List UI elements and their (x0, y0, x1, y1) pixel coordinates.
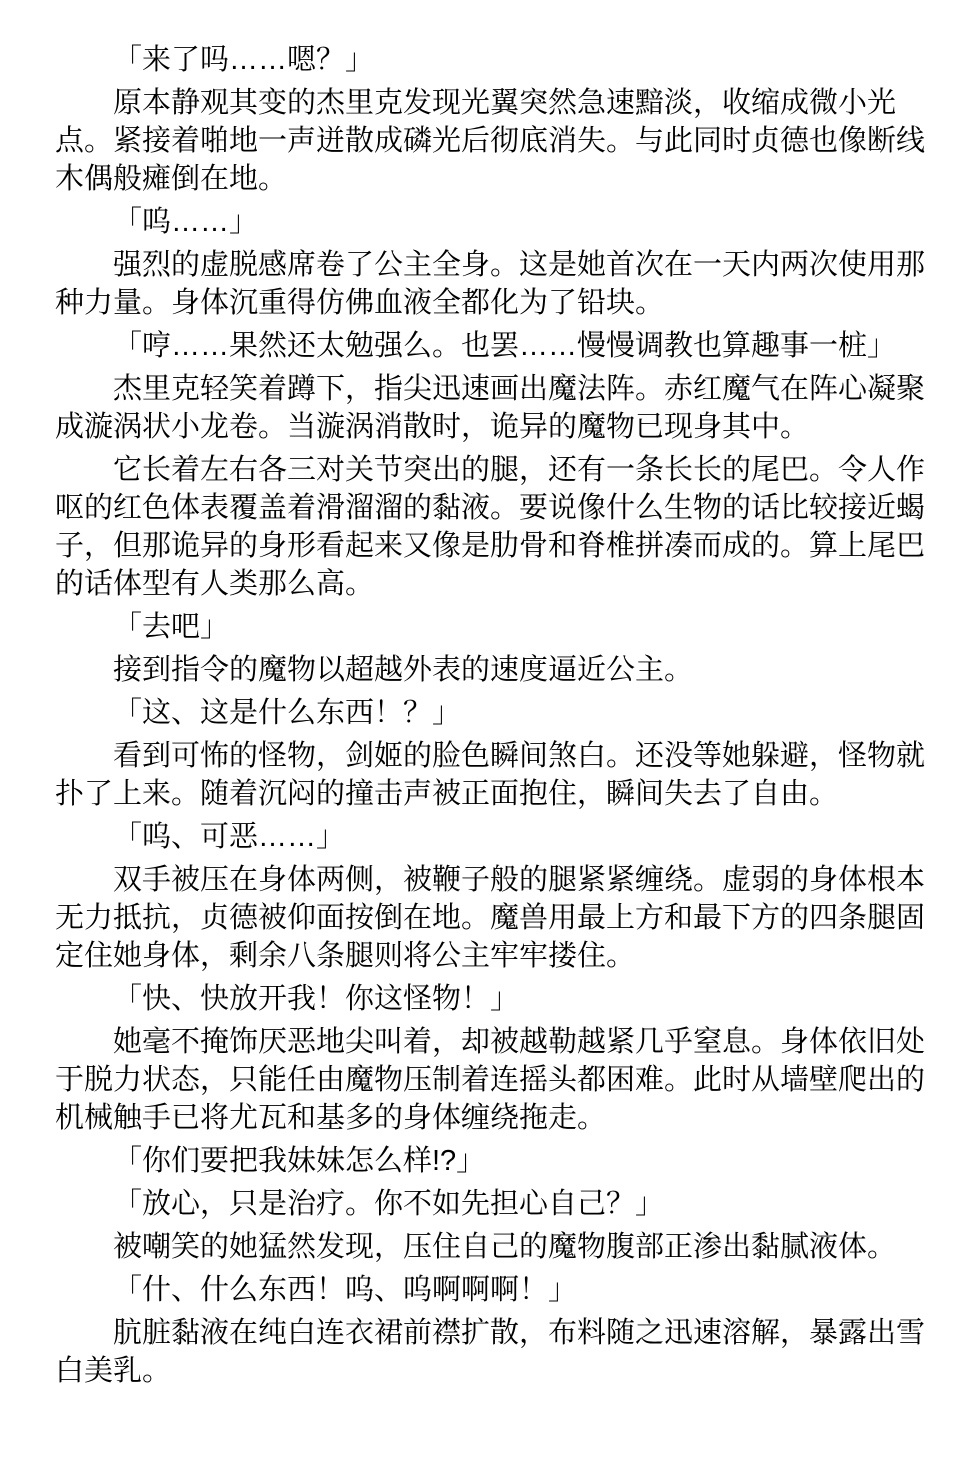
paragraph: 「呜……」 (55, 203, 925, 241)
paragraph: 「快、快放开我！你这怪物！」 (55, 980, 925, 1018)
paragraph: 被嘲笑的她猛然发现，压住自己的魔物腹部正渗出黏腻液体。 (55, 1228, 925, 1266)
text-block: 「来了吗……嗯？」原本静观其变的杰里克发现光翼突然急速黯淡，收缩成微小光点。紧接… (0, 0, 974, 1390)
paragraph: 接到指令的魔物以超越外表的速度逼近公主。 (55, 651, 925, 689)
paragraph: 「这、这是什么东西！？」 (55, 694, 925, 732)
paragraph: 「哼……果然还太勉强么。也罢……慢慢调教也算趣事一桩」 (55, 327, 925, 365)
paragraph: 它长着左右各三对关节突出的腿，还有一条长长的尾巴。令人作呕的红色体表覆盖着滑溜溜… (55, 451, 925, 603)
paragraph: 「去吧」 (55, 608, 925, 646)
paragraph: 看到可怖的怪物，剑姬的脸色瞬间煞白。还没等她躲避，怪物就扑了上来。随着沉闷的撞击… (55, 737, 925, 813)
paragraph: 杰里克轻笑着蹲下，指尖迅速画出魔法阵。赤红魔气在阵心凝聚成漩涡状小龙卷。当漩涡消… (55, 370, 925, 446)
paragraph: 「来了吗……嗯？」 (55, 41, 925, 79)
novel-text-page: 「来了吗……嗯？」原本静观其变的杰里克发现光翼突然急速黯淡，收缩成微小光点。紧接… (0, 0, 974, 1459)
paragraph: 双手被压在身体两侧，被鞭子般的腿紧紧缠绕。虚弱的身体根本无力抵抗，贞德被仰面按倒… (55, 861, 925, 975)
paragraph: 「放心，只是治疗。你不如先担心自己？」 (55, 1185, 925, 1223)
paragraph: 「呜、可恶……」 (55, 818, 925, 856)
paragraph: 强烈的虚脱感席卷了公主全身。这是她首次在一天内两次使用那种力量。身体沉重得仿佛血… (55, 246, 925, 322)
paragraph: 她毫不掩饰厌恶地尖叫着，却被越勒越紧几乎窒息。身体依旧处于脱力状态，只能任由魔物… (55, 1023, 925, 1137)
paragraph: 原本静观其变的杰里克发现光翼突然急速黯淡，收缩成微小光点。紧接着啪地一声迸散成磷… (55, 84, 925, 198)
paragraph: 肮脏黏液在纯白连衣裙前襟扩散，布料随之迅速溶解，暴露出雪白美乳。 (55, 1314, 925, 1390)
paragraph: 「什、什么东西！呜、呜啊啊啊！」 (55, 1271, 925, 1309)
paragraph: 「你们要把我妹妹怎么样!?」 (55, 1142, 925, 1180)
